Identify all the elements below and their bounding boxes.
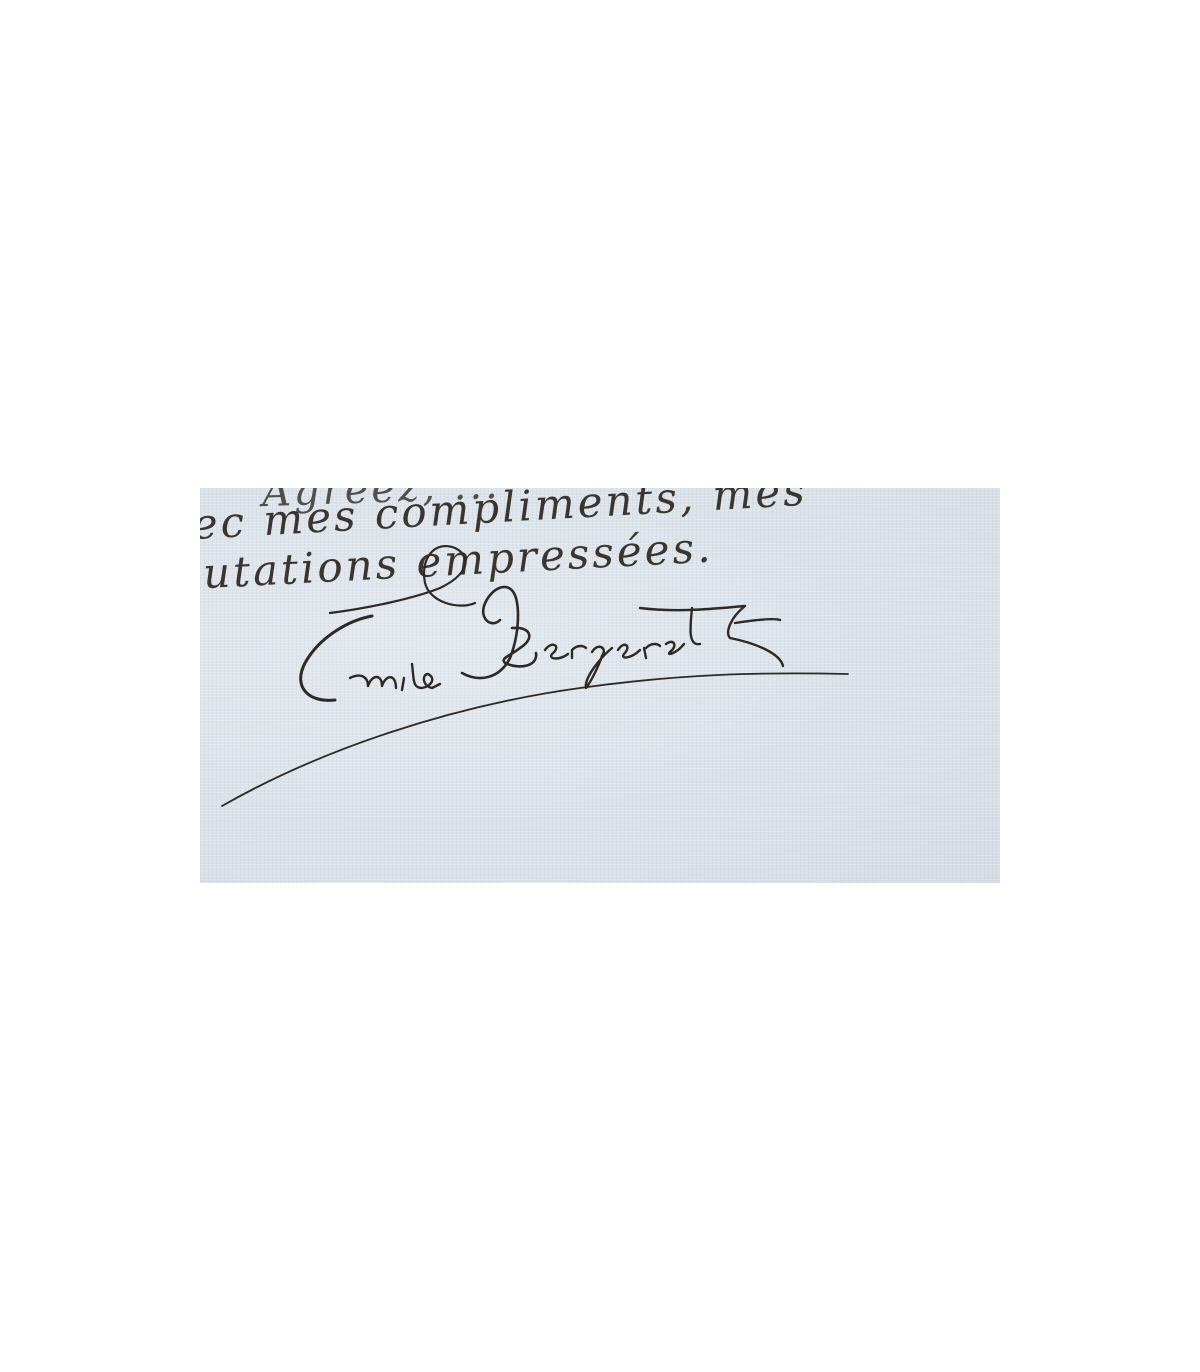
signature-flourish (200, 488, 1000, 883)
letter-photo: Agréez, ... ec mes compliments, mes luta… (200, 488, 1000, 883)
